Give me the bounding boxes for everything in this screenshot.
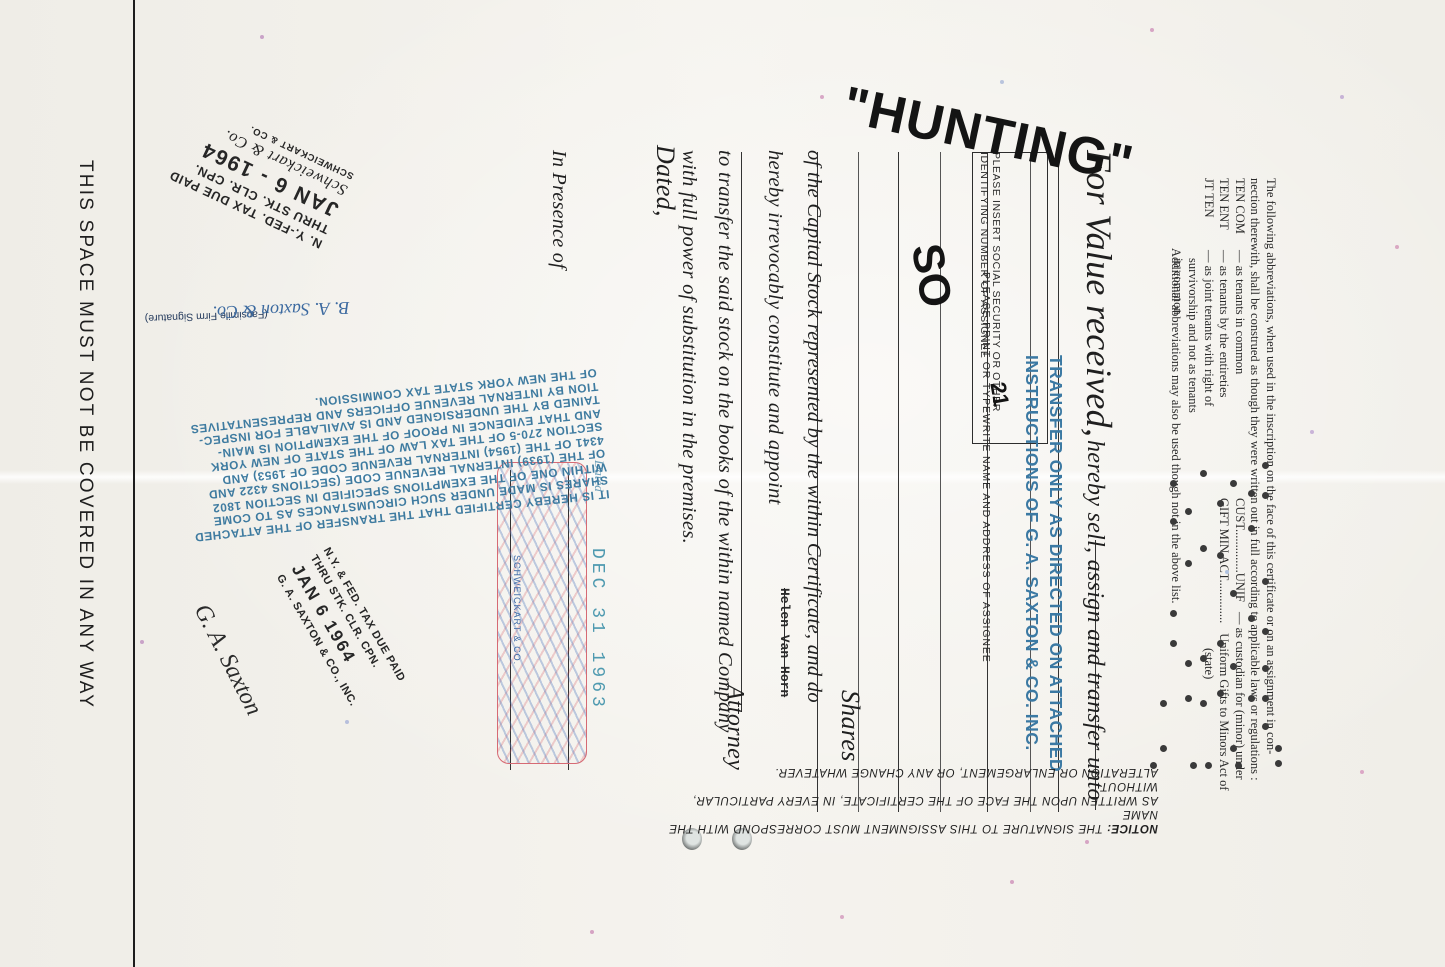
print-name-label: PLEASE PRINT OR TYPEWRITE NAME AND ADDRE… [980, 272, 992, 663]
legend-row: in common [1170, 178, 1186, 413]
irrevocably-appoint-line: hereby irrevocably constitute and appoin… [763, 150, 786, 505]
transfer-said-stock-line: to transfer the said stock on the books … [713, 150, 736, 733]
legend-intro-1: The following abbreviations, when used i… [1263, 178, 1279, 781]
date-stamp: DEC 31 1963 [587, 548, 607, 711]
substitution-line: with full power of substitution in the p… [677, 150, 700, 544]
margin-note: THIS SPACE MUST NOT BE COVERED IN ANY WA… [74, 160, 96, 709]
transfer-instruction-stamp: TRANSFER ONLY AS DIRECTED ON ATTACHED IN… [1020, 355, 1068, 772]
margin-rule [133, 0, 135, 967]
guarantee-firm-label: SCHWEICKART & CO. [512, 555, 522, 665]
form-line [898, 152, 899, 812]
handwritten-number: 21 [984, 380, 1014, 409]
form-line [741, 152, 742, 712]
legend-row: TEN ENT— as tenants by the entireties [1216, 178, 1232, 413]
signature-notice: NOTICE: THE SIGNATURE TO THIS ASSIGNMENT… [668, 765, 1158, 835]
in-presence-of-label: In Presence of [547, 150, 570, 269]
shares-label: Shares [835, 690, 865, 762]
hereby-sell-assign: hereby sell, assign and transfer unto [1081, 440, 1108, 801]
legend-intro-2: nection therewith, shall be construed as… [1247, 178, 1263, 781]
legend-row: (state) [1201, 498, 1217, 791]
handwritten-so: SO [901, 240, 961, 311]
for-value-received: For Value received, [1078, 150, 1120, 437]
attorney-name: Helen Van Horn [777, 588, 792, 697]
legend-row: TEN COM— as tenants in common [1232, 178, 1248, 413]
legend-row: survivorship and not as tenants [1185, 178, 1201, 413]
capital-stock-line: of the Capital Stock represented by the … [802, 150, 825, 703]
dated-label: Dated, [650, 145, 680, 217]
legend-row: JT TEN— as joint tenants with right of [1201, 178, 1217, 413]
